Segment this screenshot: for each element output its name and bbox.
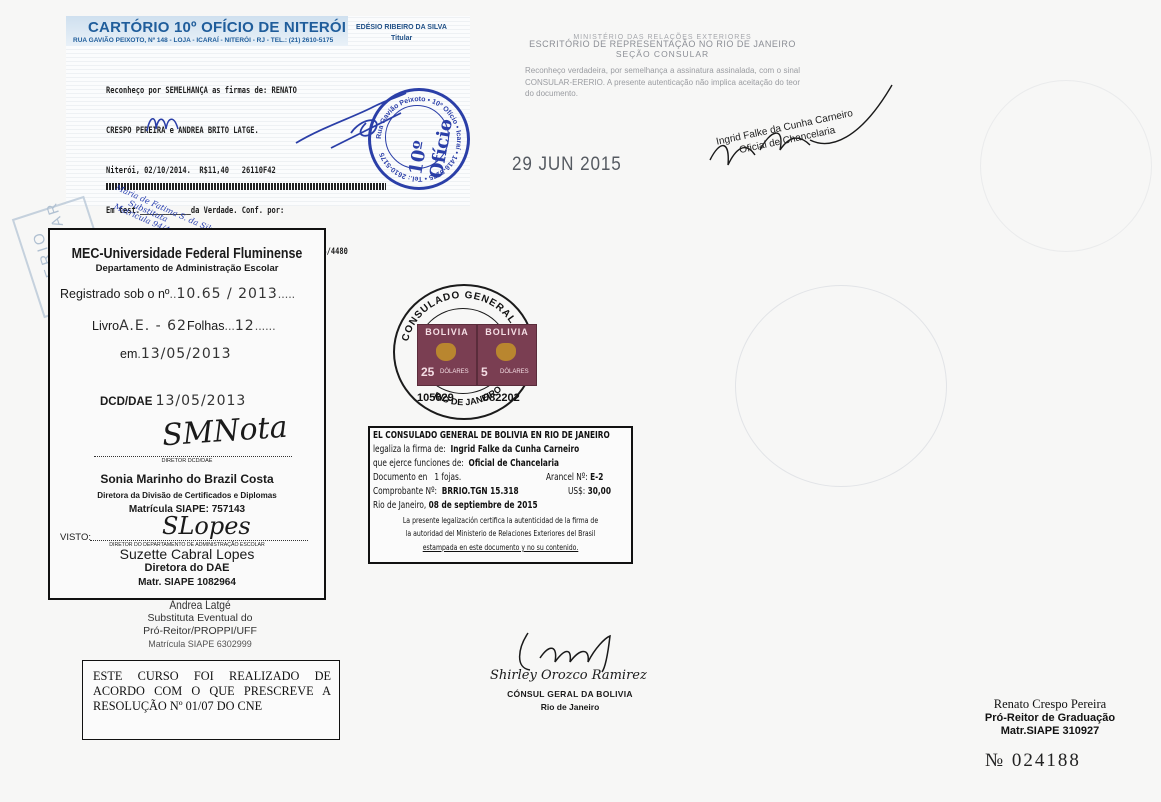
legal-firma-row: legaliza la firma de: Ingrid Falke da Cu…	[373, 444, 579, 455]
sig1-caption: DIRETOR DCD/DAE	[50, 458, 324, 464]
funciones-value: Oficial de Chancelaria	[469, 458, 559, 469]
stamp-country: BOLIVIA	[478, 327, 536, 337]
dcd-value: 13/05/2013	[156, 393, 247, 409]
stamp-serial-2: 082202	[483, 392, 520, 404]
legal-place-date-row: Rio de Janeiro, 08 de septiembre de 2015	[373, 500, 538, 511]
consul-signature-block: Shirley Orozco Ramirez CÓNSUL GERAL DA B…	[480, 628, 660, 718]
cne-resolution-box: ESTE CURSO FOI REALIZADO DE ACORDO COM O…	[82, 660, 340, 740]
livro-label: Livro	[92, 319, 119, 333]
comprobante-label: Comprobante Nº:	[373, 486, 437, 497]
cartorio-barcode	[106, 183, 386, 190]
andrea-matricula: Matrícula SIAPE 6302999	[90, 638, 310, 651]
funciones-label: que ejerce funciones de:	[373, 458, 464, 469]
consul-title: CÓNSUL GERAL DA BOLIVIA	[480, 689, 660, 699]
bolivia-crest-icon	[496, 343, 516, 361]
signature-suzette: SLopes	[162, 512, 251, 540]
dcd-label: DCD/DAE	[100, 396, 152, 408]
consul-city: Rio de Janeiro	[480, 702, 660, 712]
legal-documento-row: Documento en 1 fojas.	[373, 472, 461, 483]
firma-value: Ingrid Falke da Cunha Carneiro	[451, 444, 580, 455]
em-value: 13/05/2013	[141, 346, 232, 362]
stamp-currency: DÓLARES	[440, 369, 469, 375]
livro-row: LivroA.E. - 62Folhas...12......	[92, 318, 366, 334]
registro-row: Registrado sob o nº..10.65 / 2013.....	[60, 286, 334, 302]
legal-amount: US$: 30,00	[568, 486, 611, 497]
andrea-role-line1: Substituta Eventual do	[90, 612, 310, 625]
numero-symbol-icon: №	[985, 750, 1005, 771]
university-name: MEC-Universidade Federal Fluminense	[69, 246, 305, 262]
cartorio-line: Niterói, 02/10/2014. R$11,40 26110F42	[106, 165, 348, 178]
cartorio-titular-name: EDÉSIO RIBEIRO DA SILVA	[356, 24, 447, 31]
arancel-label: Arancel Nº:	[546, 472, 588, 483]
livro-value: A.E. - 62	[119, 318, 187, 334]
documento-label: Documento en	[373, 472, 427, 483]
legal-header: EL CONSULADO GENERAL DE BOLIVIA EN RIO D…	[373, 430, 610, 441]
dcd-row: DCD/DAE 13/05/2013	[100, 393, 374, 409]
legal-note-line: la autoridad del Ministerio de Relacione…	[388, 529, 612, 538]
stamp-serial-1: 105029	[417, 392, 454, 404]
registro-label: Registrado sob o nº	[60, 287, 170, 301]
arancel-value: E-2	[590, 472, 603, 483]
pro-reitor-role: Pró-Reitor de Graduação	[975, 712, 1125, 725]
place-date-value: 08 de septiembre de 2015	[429, 500, 538, 511]
signer2-matricula: Matr. SIAPE 1082964	[50, 577, 324, 588]
pro-reitor-matricula: Matr.SIAPE 310927	[975, 725, 1125, 738]
cartorio-address: RUA GAVIÃO PEIXOTO, Nº 148 - LOJA - ICAR…	[73, 37, 333, 44]
em-row: em.13/05/2013	[120, 346, 394, 362]
signer1-role: Diretora da Divisão de Certificados e Di…	[57, 490, 317, 500]
revenue-stamp-25: BOLIVIA 25 DÓLARES	[417, 324, 477, 386]
stamp-value: 5	[481, 365, 488, 379]
date-stamp: 29 JUN 2015	[512, 154, 622, 176]
bolivia-consulate-seal: CONSULADO GENERAL DE BOLIVIA RIO DE JANE…	[389, 282, 539, 422]
signer2-role: Diretora do DAE	[50, 562, 324, 574]
cartorio-initials-scribble	[144, 111, 184, 135]
cartorio-titular-role: Titular	[391, 35, 412, 42]
bolivia-legalization-box: EL CONSULADO GENERAL DE BOLIVIA EN RIO D…	[368, 426, 633, 564]
documento-value: 1 fojas.	[434, 472, 461, 483]
amount-label: US$:	[568, 486, 585, 497]
folhas-label: Folhas	[187, 319, 225, 333]
amount-value: 30,00	[588, 486, 611, 497]
faint-seal-ghost	[735, 285, 947, 487]
faint-seal-ghost	[980, 80, 1152, 252]
consul-name-script: Shirley Orozco Ramirez	[490, 668, 647, 683]
signer2-name: Suzette Cabral Lopes	[50, 546, 324, 562]
firma-label: legaliza la firma de:	[373, 444, 446, 455]
cartorio-title: CARTÓRIO 10º OFÍCIO DE NITERÓI	[88, 19, 346, 36]
andrea-latge-signature-block: Andrea Latgé Substituta Eventual do Pró-…	[90, 598, 310, 651]
stamp-currency: DÓLARES	[500, 369, 529, 375]
legal-funciones-row: que ejerce funciones de: Oficial de Chan…	[373, 458, 559, 469]
document-number: № 024188	[985, 750, 1081, 772]
section-name: SEÇÃO CONSULAR	[525, 49, 800, 59]
andrea-name: Andrea Latgé	[107, 598, 294, 612]
document-number-value: 024188	[1012, 750, 1081, 771]
uff-registration-box: MEC-Universidade Federal Fluminense Depa…	[48, 228, 326, 600]
pro-reitor-name: Renato Crespo Pereira	[975, 697, 1125, 712]
andrea-role-line2: Pró-Reitor/PROPPI/UFF	[90, 625, 310, 638]
legal-comprobante-row: Comprobante Nº: BRRIO.TGN 15.318	[373, 486, 519, 497]
signer1-name: Sonia Marinho do Brazil Costa	[50, 472, 324, 486]
bolivia-crest-icon	[436, 343, 456, 361]
legal-arancel: Arancel Nº: E-2	[546, 472, 603, 483]
department-name: Departamento de Administração Escolar	[50, 263, 324, 274]
stamp-value: 25	[421, 365, 434, 379]
visto-signature-line	[90, 540, 308, 541]
comprobante-value: BRRIO.TGN 15.318	[442, 486, 519, 497]
folhas-value: 12	[235, 318, 255, 334]
cne-resolution-text: ESTE CURSO FOI REALIZADO DE ACORDO COM O…	[93, 669, 331, 714]
signature-line	[94, 456, 292, 457]
em-label: em	[120, 347, 137, 361]
registro-value: 10.65 / 2013	[176, 286, 277, 302]
pro-reitor-block: Renato Crespo Pereira Pró-Reitor de Grad…	[975, 697, 1125, 738]
office-name: ESCRITÓRIO DE REPRESENTAÇÃO NO RIO DE JA…	[525, 39, 800, 49]
revenue-stamp-5: BOLIVIA 5 DÓLARES	[477, 324, 537, 386]
cartorio-round-seal: Rua Gavião Peixoto • 10º Ofício • Icaraí…	[368, 88, 470, 190]
legal-note-line: La presente legalización certifica la au…	[388, 516, 612, 525]
legal-note-line: estampada en este documento y no su cont…	[388, 543, 612, 552]
signature-sonia: SMNota	[161, 410, 289, 454]
stamp-country: BOLIVIA	[418, 327, 476, 337]
place-label: Rio de Janeiro,	[373, 500, 426, 511]
